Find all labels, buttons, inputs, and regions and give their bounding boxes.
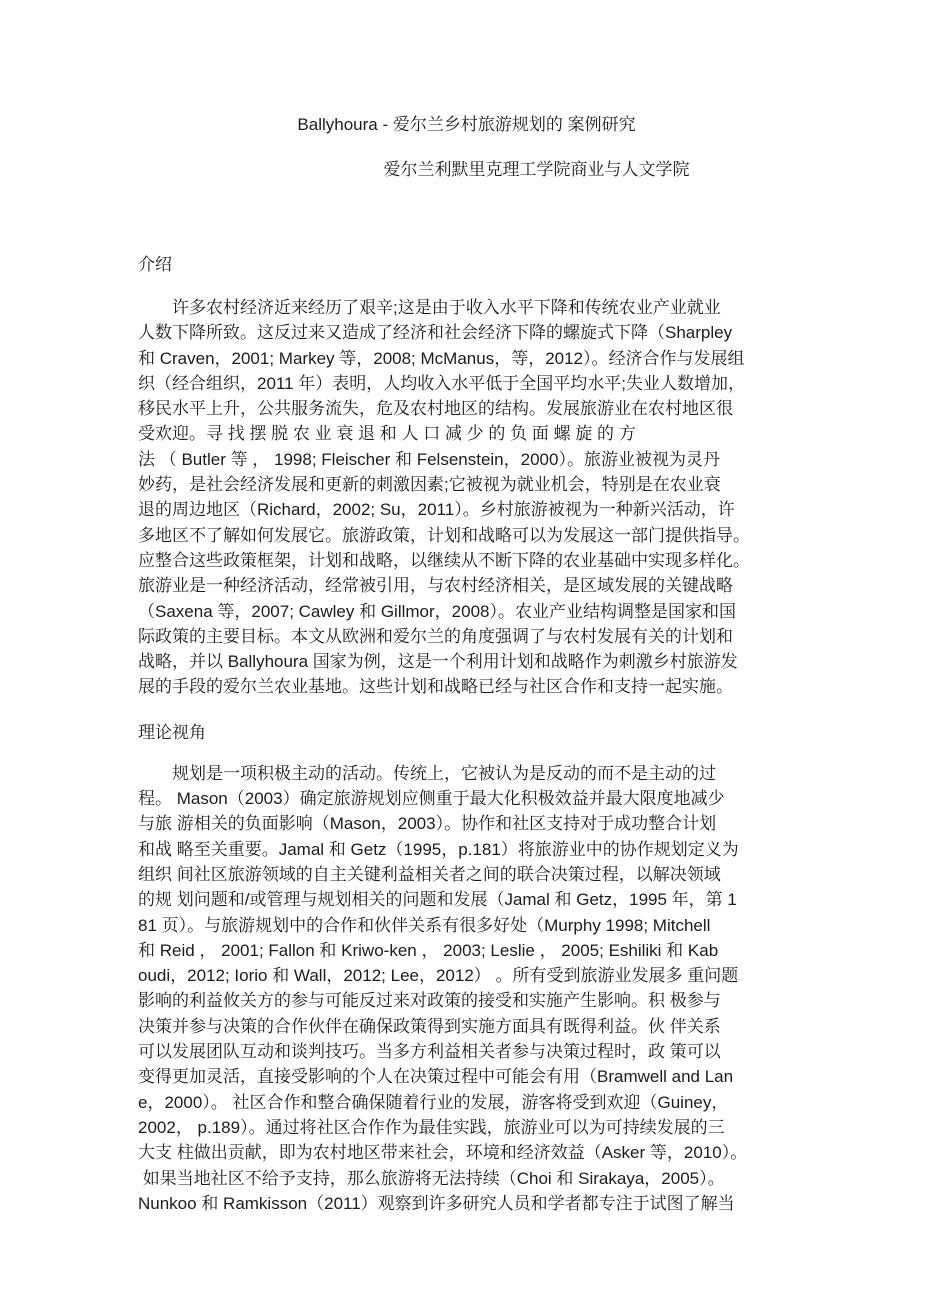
section-heading-theoretical-perspective: 理论视角 — [138, 720, 795, 745]
section-introduction: 介绍 许多农村经济近来经历了艰辛;这是由于收入水平下降和传统农业产业就业 人数下… — [138, 252, 795, 700]
paragraph-theoretical-perspective: 规划是一项积极主动的活动。传统上，它被认为是反动的而不是主动的过 程。 Maso… — [138, 761, 795, 1216]
section-heading-introduction: 介绍 — [138, 252, 795, 277]
section-theoretical-perspective: 理论视角 规划是一项积极主动的活动。传统上，它被认为是反动的而不是主动的过 程。… — [138, 720, 795, 1216]
document-page: Ballyhoura - 爱尔兰乡村旅游规划的 案例研究 爱尔兰利默里克理工学院… — [0, 0, 926, 1309]
document-subtitle: 爱尔兰利默里克理工学院商业与人文学院 — [138, 157, 795, 182]
paragraph-introduction: 许多农村经济近来经历了艰辛;这是由于收入水平下降和传统农业产业就业 人数下降所致… — [138, 295, 795, 700]
document-title: Ballyhoura - 爱尔兰乡村旅游规划的 案例研究 — [138, 112, 795, 137]
